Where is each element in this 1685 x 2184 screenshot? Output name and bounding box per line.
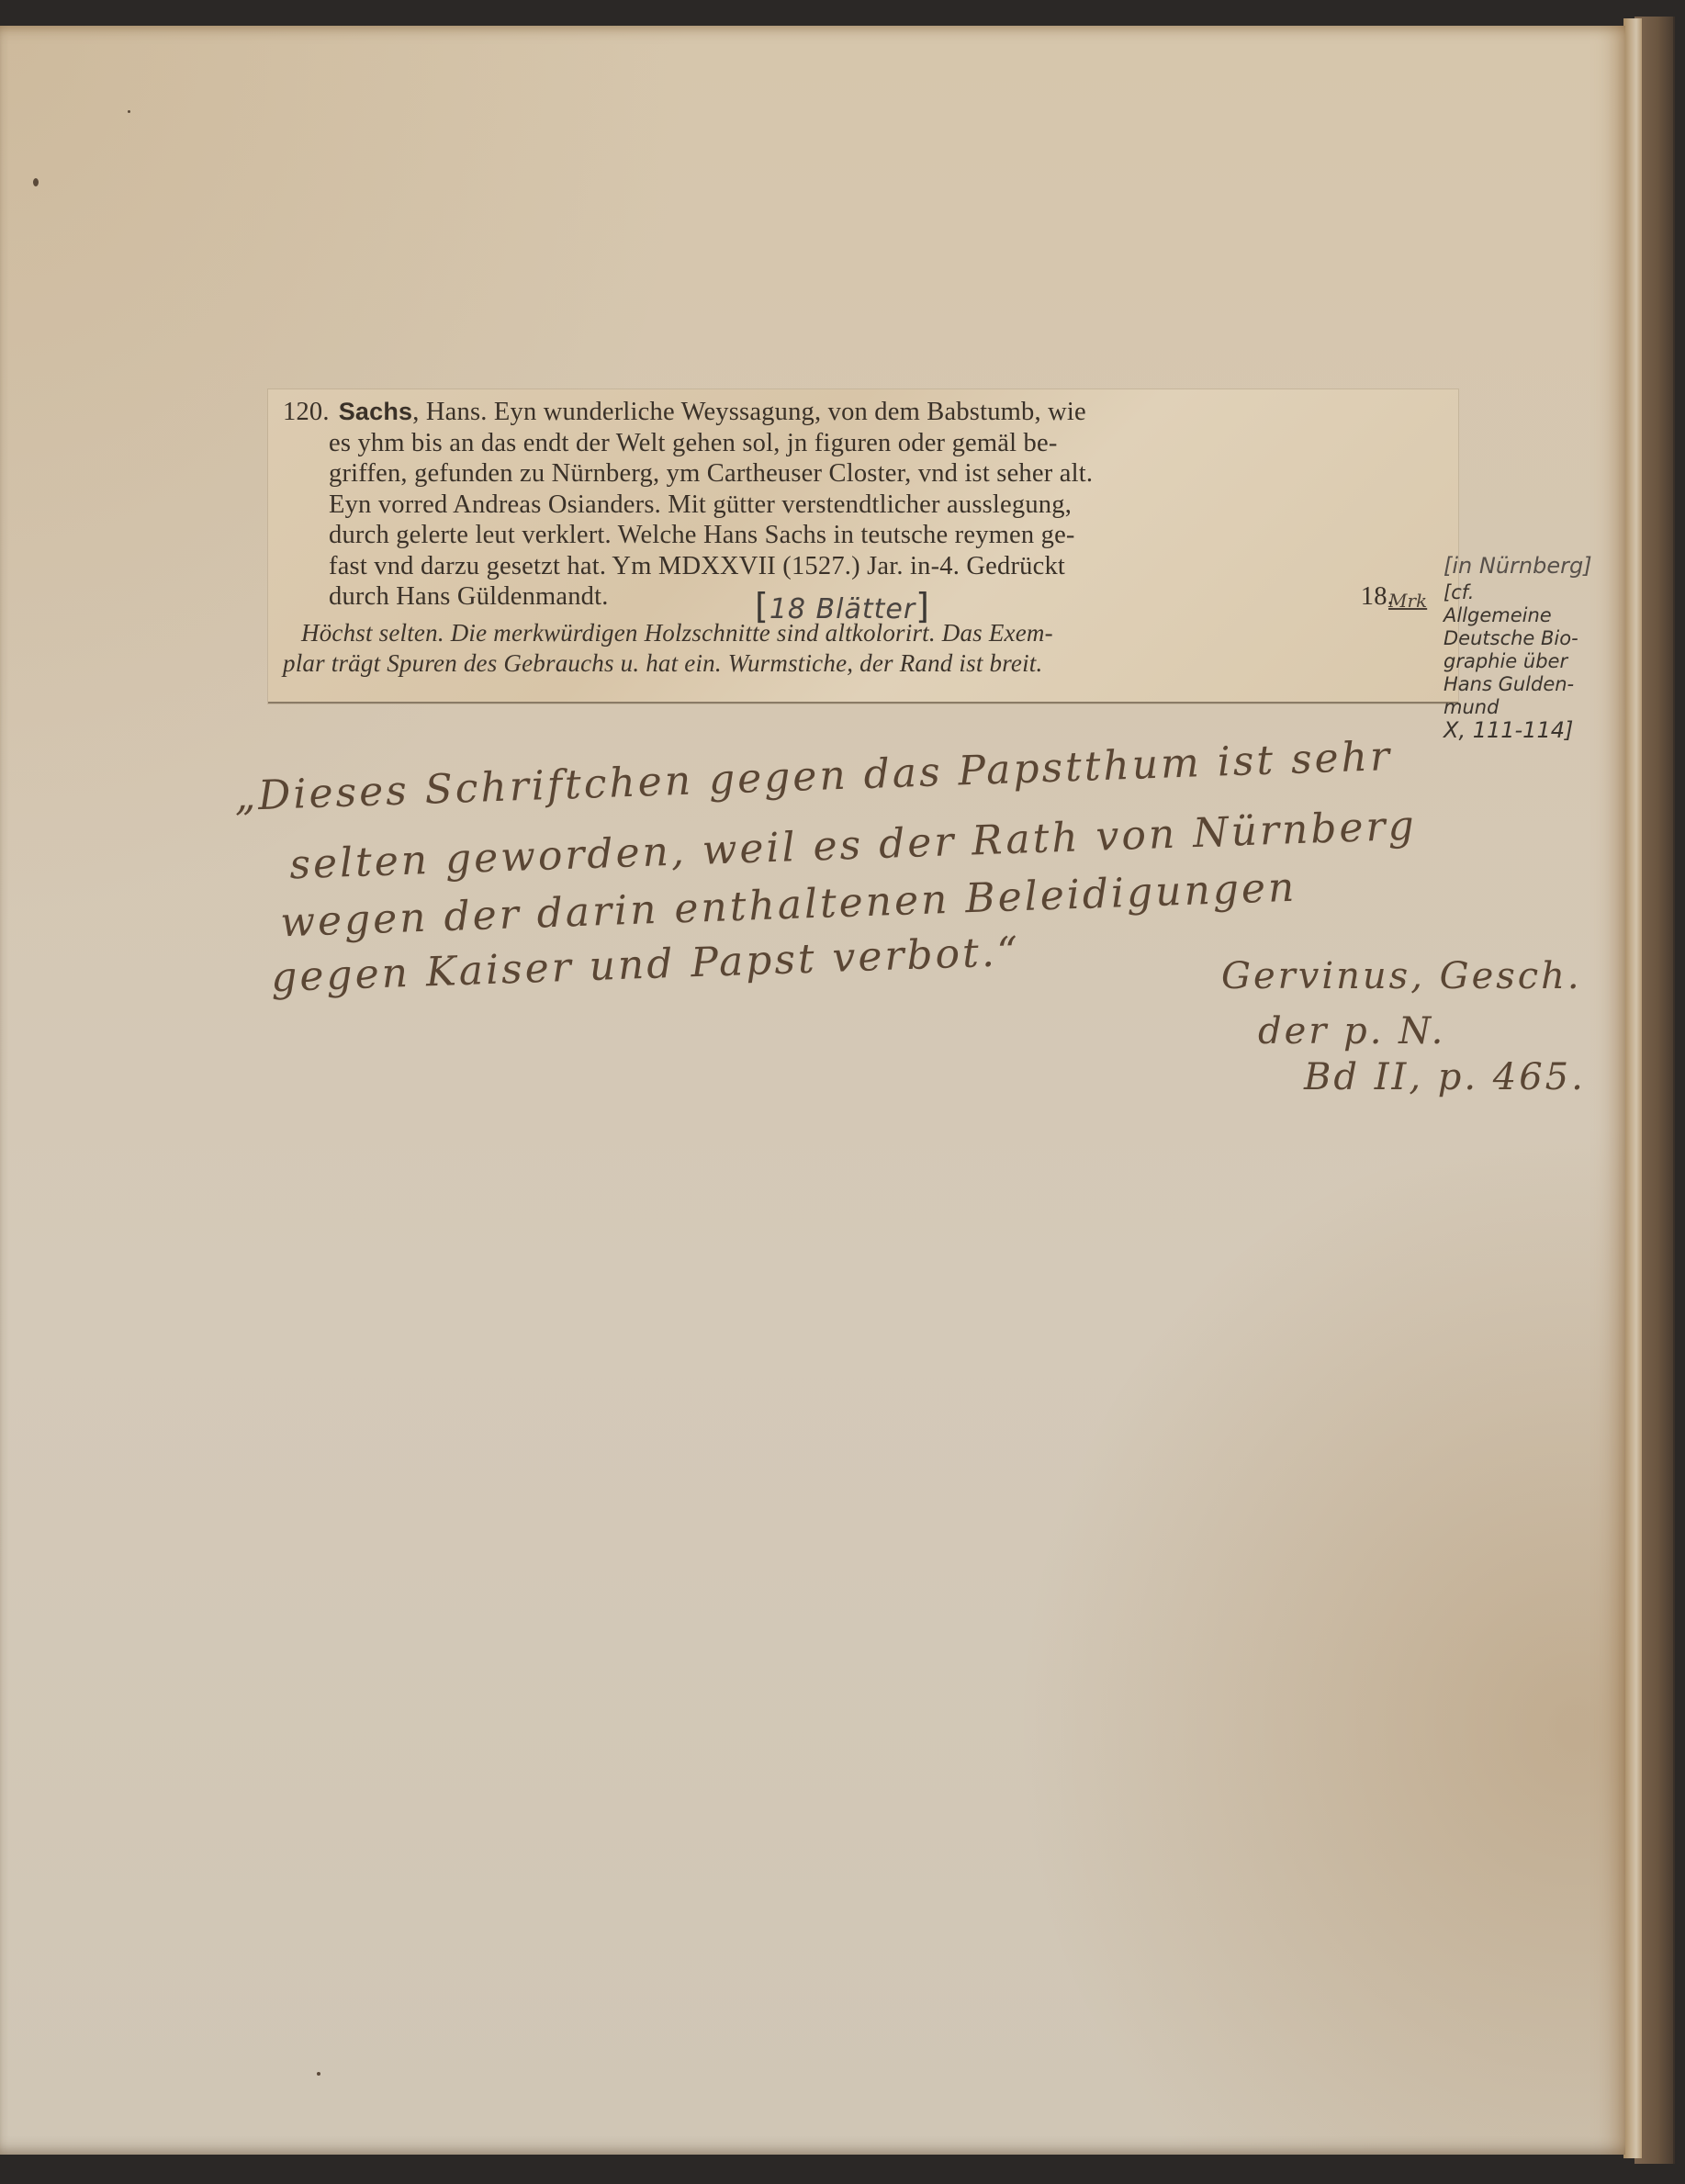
catalogue-entry-text: 120.Sachs, Hans. Eyn wunderliche Weyssag… <box>283 397 1431 679</box>
entry-text: , Hans. Eyn wunderliche Weyssagung, von … <box>412 398 1086 426</box>
margin-reference-note: [in Nürnberg] [cf. Allgemeine Deutsche B… <box>1443 555 1641 742</box>
margin-note-line: [in Nürnberg] <box>1443 555 1641 578</box>
entry-line-4: Eyn vorred Andreas Osianders. Mit gütter… <box>283 490 1431 521</box>
citation-line-2: der p. N. <box>1258 1010 1445 1053</box>
catalogue-clipping: 120.Sachs, Hans. Eyn wunderliche Weyssag… <box>268 389 1458 704</box>
leaf-count-annotation: [18 Blätter] <box>755 586 930 626</box>
description-line-2: plar trägt Spuren des Gebrauchs u. hat e… <box>283 648 1431 679</box>
margin-note-line: Deutsche Bio- <box>1443 627 1641 650</box>
entry-description: Höchst selten. Die merkwürdigen Holzschn… <box>283 618 1431 679</box>
currency-annotation: Mrk <box>1388 590 1427 612</box>
entry-line-1: 120.Sachs, Hans. Eyn wunderliche Weyssag… <box>283 397 1431 428</box>
entry-line-3: griffen, gefunden zu Nürnberg, ym Carthe… <box>283 458 1431 490</box>
citation-line-3: Bd II, p. 465. <box>1304 1056 1586 1098</box>
entry-line-5: durch gelerte leut verklert. Welche Hans… <box>283 520 1431 551</box>
leaf-count-text: 18 Blätter <box>769 593 916 625</box>
lot-number: 120. <box>283 398 330 426</box>
page-stack-edge <box>1623 18 1642 2158</box>
margin-note-line: [cf. <box>1443 581 1641 604</box>
entry-line-6: fast vnd darzu gesetzt hat. Ym MDXXVII (… <box>283 551 1431 582</box>
margin-note-line: graphie über <box>1443 650 1641 673</box>
margin-note-line: X, 111-114] <box>1443 719 1641 742</box>
author-name: Sachs <box>339 398 413 425</box>
citation-line-1: Gervinus, Gesch. <box>1221 955 1582 997</box>
entry-line-2: es yhm bis an das endt der Welt gehen so… <box>283 428 1431 459</box>
margin-note-line: mund <box>1443 696 1641 719</box>
printer-text: durch Hans Güldenmandt. <box>329 581 609 613</box>
margin-note-line: Hans Gulden- <box>1443 673 1641 696</box>
margin-note-line: Allgemeine <box>1443 604 1641 627</box>
